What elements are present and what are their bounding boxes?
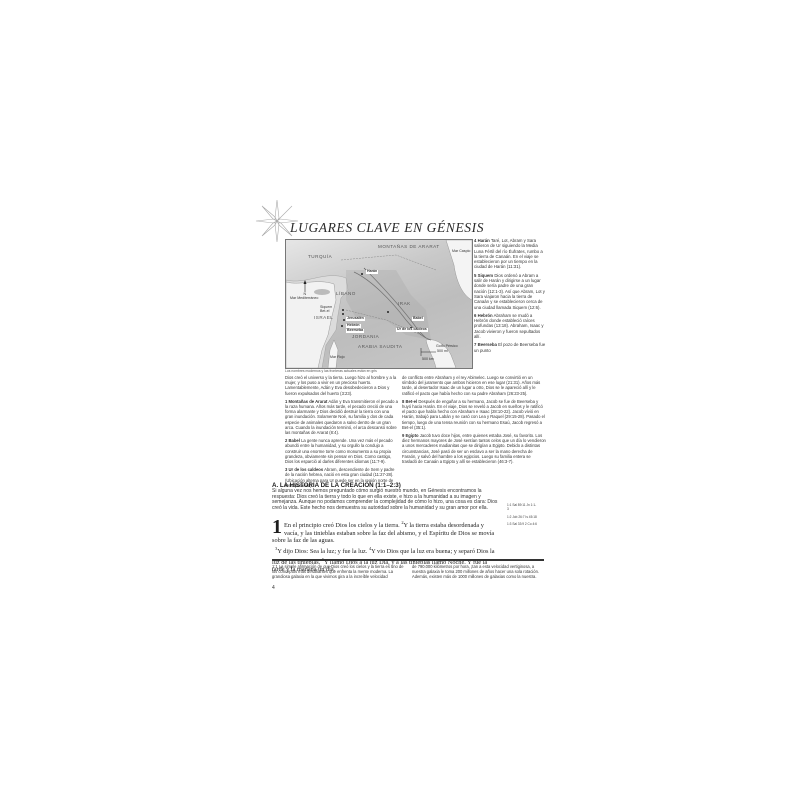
map-label: Mar Rojo: [330, 356, 345, 360]
xref-item: 1:3 Sal 33:9 2 Co 4:6: [507, 523, 537, 527]
map-label: JORDANIA: [352, 335, 379, 340]
study-notes: 1:1 La simple afirmación de que Dios cre…: [272, 564, 544, 579]
map-label: Bet-el: [320, 310, 329, 314]
place-entry: 2 Babel La gente nunca aprende. Una vez …: [285, 438, 398, 464]
xref-item: 1:1 Sal 89:11 Jn 1:1-3: [507, 504, 537, 512]
north-arrow-icon: N: [304, 293, 307, 297]
map-label: TURQUÍA: [308, 255, 332, 260]
map-scale-km: 500 km: [422, 358, 434, 362]
notes-divider: [272, 559, 544, 561]
map-label: LÍBANO: [336, 292, 356, 297]
places-sidebar: 4 Harán Taré, Lot, Abram y Sara salieron…: [474, 238, 546, 356]
place-entry: 8 Bet-el Después de engañar a su hermano…: [402, 399, 546, 430]
chapter-number: 1: [272, 520, 282, 535]
map-scale-miles: 500 mi: [437, 350, 448, 354]
map-label: Harán: [366, 270, 378, 274]
place-entry: 1 Montañas de Ararat Adán y Eva transmit…: [285, 399, 398, 435]
section-intro: Si alguna vez nos hemos preguntado cómo …: [272, 489, 500, 511]
map-label: Beerseba: [346, 329, 364, 333]
page-title: LUGARES CLAVE EN GÉNESIS: [290, 220, 484, 236]
map-label: Babel: [412, 317, 424, 321]
place-entry: 9 Egipto Jacob tuvo doce hijos, entre qu…: [402, 433, 546, 464]
page-number: 4: [272, 585, 275, 591]
map-label: MONTAÑAS DE ARARAT: [378, 245, 440, 250]
map-of-genesis-places: MONTAÑAS DE ARARAT Mar Caspio TURQUÍA Ma…: [285, 239, 473, 369]
book-page: LUGARES CLAVE EN GÉNESIS MO: [262, 200, 552, 600]
note-left: 1:1 La simple afirmación de que Dios cre…: [272, 564, 404, 579]
map-label: Ur de los caldeos: [396, 328, 428, 332]
places-column-1: Dios creó el universo y la tierra. Luego…: [285, 375, 398, 491]
map-caption: Los nombres modernos y las fronteras act…: [285, 369, 377, 373]
map-label: Jerusalén: [346, 317, 365, 321]
map-label: ARABIA SAUDITA: [358, 345, 402, 350]
places-column-2: de conflicto entre Abraham y el rey Abim…: [402, 375, 546, 467]
map-label: IRAK: [398, 302, 411, 307]
intro-paragraph: Dios creó el universo y la tierra. Luego…: [285, 375, 398, 396]
cross-references: 1:1 Sal 89:11 Jn 1:1-3 1:2 Job 26:7 Is 4…: [507, 504, 537, 531]
map-label: ISRAEL: [314, 316, 333, 321]
sidebar-item: 6 Hebrón Abraham se mudó a Hebrón donde …: [474, 313, 546, 339]
sidebar-item: 4 Harán Taré, Lot, Abram y Sara salieron…: [474, 238, 546, 270]
xref-item: 1:2 Job 26:7 Is 45:18: [507, 516, 537, 520]
sidebar-item: 7 Beerseba El pozo de Beerseba fue un pu…: [474, 342, 546, 353]
note-right: de 790.000 kilómetros por hora, ¡tan a e…: [412, 564, 544, 579]
sidebar-item: 5 Siquem Dios ordenó a Abram a salir de …: [474, 273, 546, 310]
map-label: Mar Caspio: [452, 250, 470, 254]
map-label: Mar Mediterráneo: [290, 297, 318, 301]
continued-paragraph: de conflicto entre Abraham y el rey Abim…: [402, 375, 546, 396]
